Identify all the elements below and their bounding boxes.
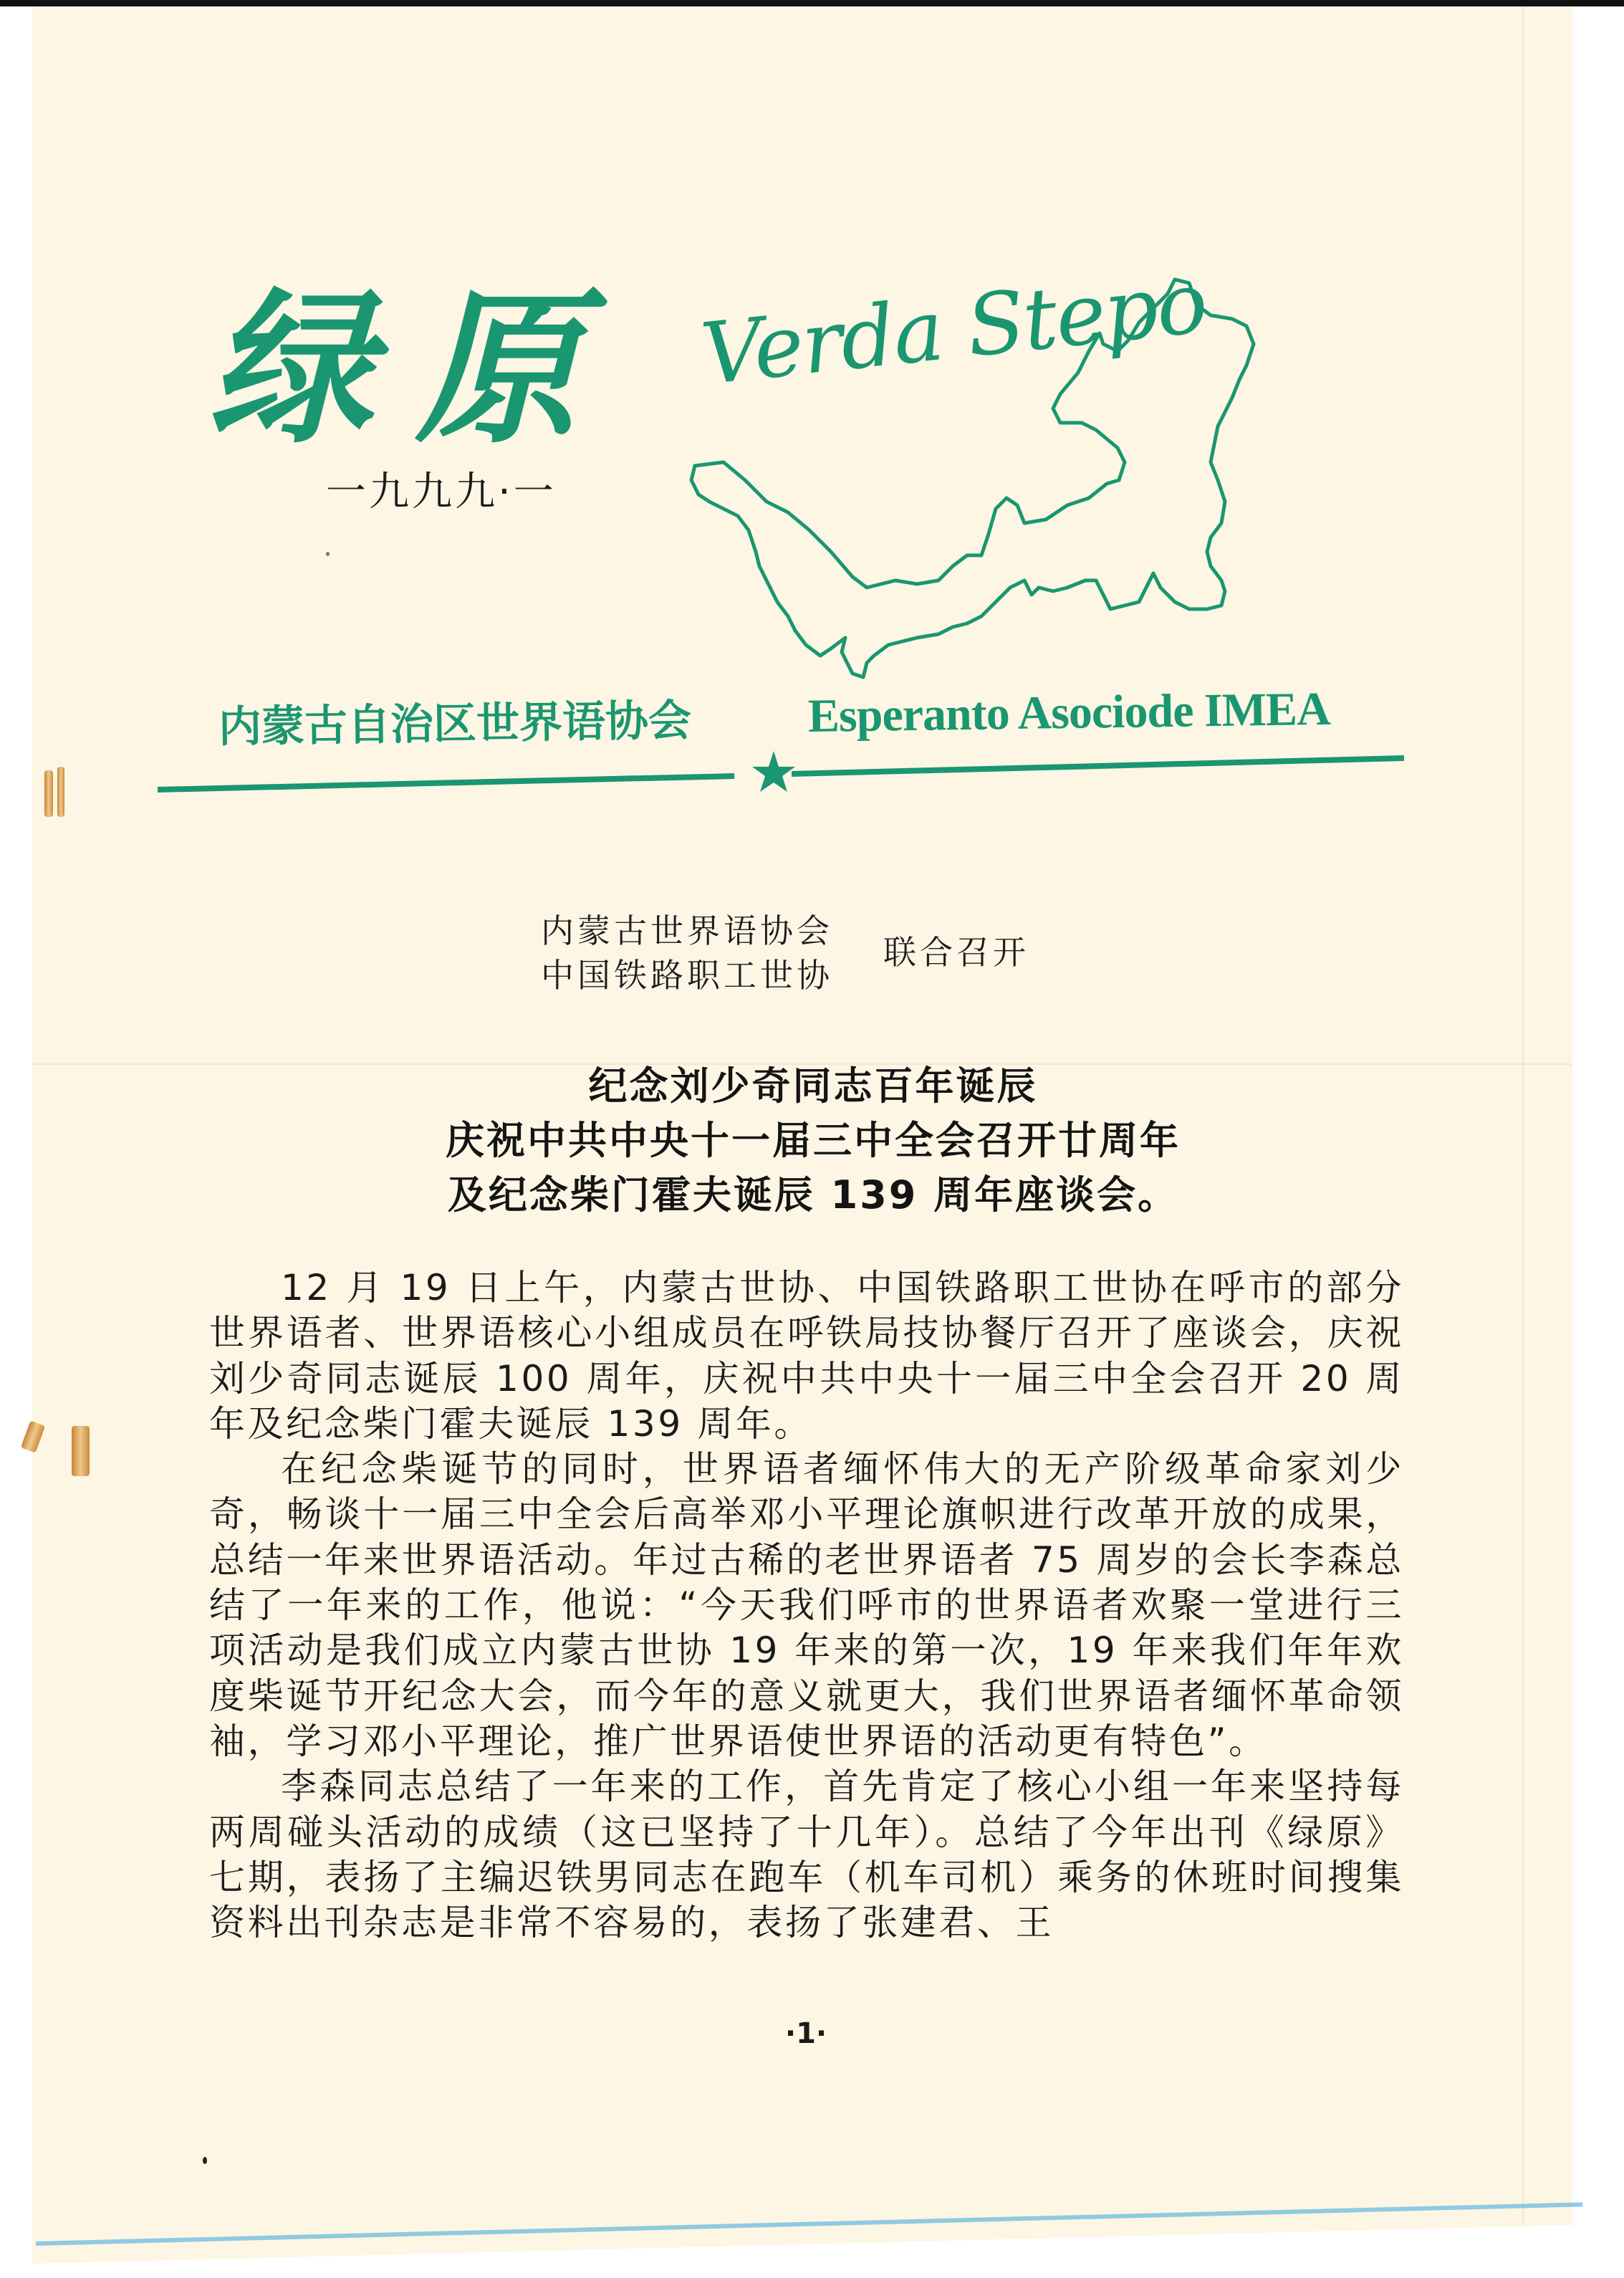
paragraph: 12 月 19 日上午，内蒙古世协、中国铁路职工世协在呼市的部分世界语者、世界语… — [209, 1265, 1404, 1447]
staple-mark — [57, 767, 64, 817]
paragraph: 在纪念柴诞节的同时，世界语者缅怀伟大的无产阶级革命家刘少奇，畅谈十一届三中全会后… — [209, 1447, 1404, 1764]
masthead-divider — [158, 745, 1404, 795]
paper-fold — [1522, 6, 1524, 2264]
divider-line-left — [158, 776, 734, 790]
article-title: 纪念刘少奇同志百年诞辰 庆祝中共中央十一届三中全会召开廿周年 及纪念柴门霍夫诞辰… — [272, 1059, 1354, 1222]
organizers-suffix: 联合召开 — [883, 930, 1029, 975]
ink-speck — [326, 552, 330, 556]
page-number: ·1· — [770, 2017, 842, 2050]
divider-line-right — [792, 758, 1404, 774]
scanner-edge — [0, 0, 1624, 6]
article-body: 12 月 19 日上午，内蒙古世协、中国铁路职工世协在呼市的部分世界语者、世界语… — [209, 1265, 1404, 1946]
organizer-1: 内蒙古世界语协会 — [541, 909, 833, 953]
inner-mongolia-map-icon — [681, 265, 1332, 688]
masthead-title-cn: 绿原 — [208, 265, 638, 473]
organizers-block: 内蒙古世界语协会 中国铁路职工世协 联合召开 — [541, 909, 833, 997]
paragraph: 李森同志总结了一年来的工作，首先肯定了核心小组一年来坚持每两周碰头活动的成绩（这… — [209, 1764, 1404, 1946]
issue-date: 一九九九·一 — [326, 467, 557, 517]
staple-mark — [44, 770, 53, 817]
title-line-3: 及纪念柴门霍夫诞辰 139 周年座谈会。 — [272, 1168, 1354, 1222]
title-line-1: 纪念刘少奇同志百年诞辰 — [272, 1059, 1354, 1114]
staple-mark — [72, 1426, 90, 1476]
title-line-2: 庆祝中共中央十一届三中全会召开廿周年 — [272, 1114, 1354, 1168]
organizer-2: 中国铁路职工世协 — [541, 953, 833, 997]
star-icon — [752, 751, 795, 792]
ink-speck — [203, 2157, 207, 2164]
organization-name-eo: Esperanto Asociode IMEA — [807, 681, 1330, 745]
